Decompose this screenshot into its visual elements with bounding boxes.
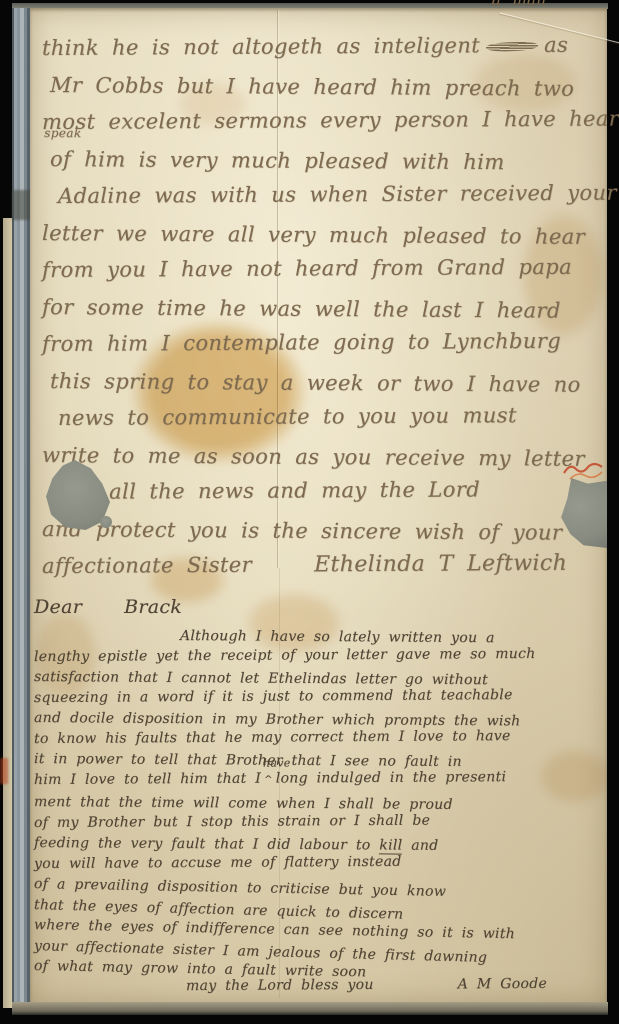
handwritten-line: Adaline was with us when Sister received… <box>58 175 602 215</box>
salutation-word: Dear <box>34 596 82 618</box>
handwritten-line: to know his faults that he may correct t… <box>34 725 609 749</box>
line-text: think he is not altogeth as inteligent <box>42 33 480 60</box>
binding-smudge <box>12 190 32 220</box>
handwritten-line: from him I contemplate going to Lynchbur… <box>42 323 602 363</box>
salutation-name: Brack <box>124 596 182 618</box>
letter-body-goode: DearBrack Although I have so lately writ… <box>34 592 609 997</box>
handwritten-line: him I love to tell him that Ihave^long i… <box>34 766 609 792</box>
line-text: feeding the very fault that I did labour… <box>34 835 371 853</box>
signature: Ethelinda T Leftwich <box>314 545 567 584</box>
closing-line: may the Lord bless youA M Goode <box>34 973 609 997</box>
letter-photograph: think he is not altogeth as inteligenta … <box>0 0 619 1024</box>
closing-text: may the Lord bless you <box>186 976 374 993</box>
signature-line: affectionate SisterEthelinda T Leftwich <box>42 545 602 585</box>
handwritten-line: from you I have not heard from Grand pap… <box>42 249 602 289</box>
line-text: long indulged in the presenti <box>276 769 507 786</box>
salutation: DearBrack <box>34 592 609 622</box>
handwritten-line: squeezing in a word if it is just to com… <box>34 684 609 708</box>
handwritten-line: lengthy epistle yet the receipt of your … <box>34 643 609 667</box>
handwritten-line: you will have to accuse me of flattery i… <box>34 850 609 874</box>
handwritten-line: news to communicate to you you must <box>58 397 602 437</box>
inserted-word: a man <box>492 0 547 8</box>
ink-scribble <box>486 41 538 52</box>
signature: A M Goode <box>458 975 547 992</box>
red-ink-scrawl <box>560 455 608 487</box>
damage-spot <box>100 516 112 528</box>
line-text: of him is very much pleased with him <box>50 147 505 174</box>
binding-tape <box>12 8 32 1004</box>
inserted-word: have <box>263 757 291 768</box>
scribbled-out-word: a man <box>486 27 538 64</box>
line-text: him I love to tell him that I <box>34 770 261 787</box>
handwritten-line: most excelent sermons every person I hav… <box>42 101 602 141</box>
inserted-word: speak <box>44 127 81 139</box>
closing-text: affectionate Sister <box>42 547 252 585</box>
album-page-bottom-edge <box>12 1002 608 1015</box>
line-text: as <box>544 33 568 57</box>
red-edge-mark <box>0 758 8 784</box>
caret-insertion: have^ <box>261 768 276 791</box>
handwritten-line: give all the news and may the Lord <box>50 471 602 511</box>
handwritten-line: think he is not altogeth as inteligenta … <box>42 27 602 67</box>
letter-body-ethelinda: think he is not altogeth as inteligenta … <box>42 30 602 585</box>
caret-mark: ^ <box>264 774 273 785</box>
handwritten-line: of my Brother but I stop this strain or … <box>34 809 609 833</box>
